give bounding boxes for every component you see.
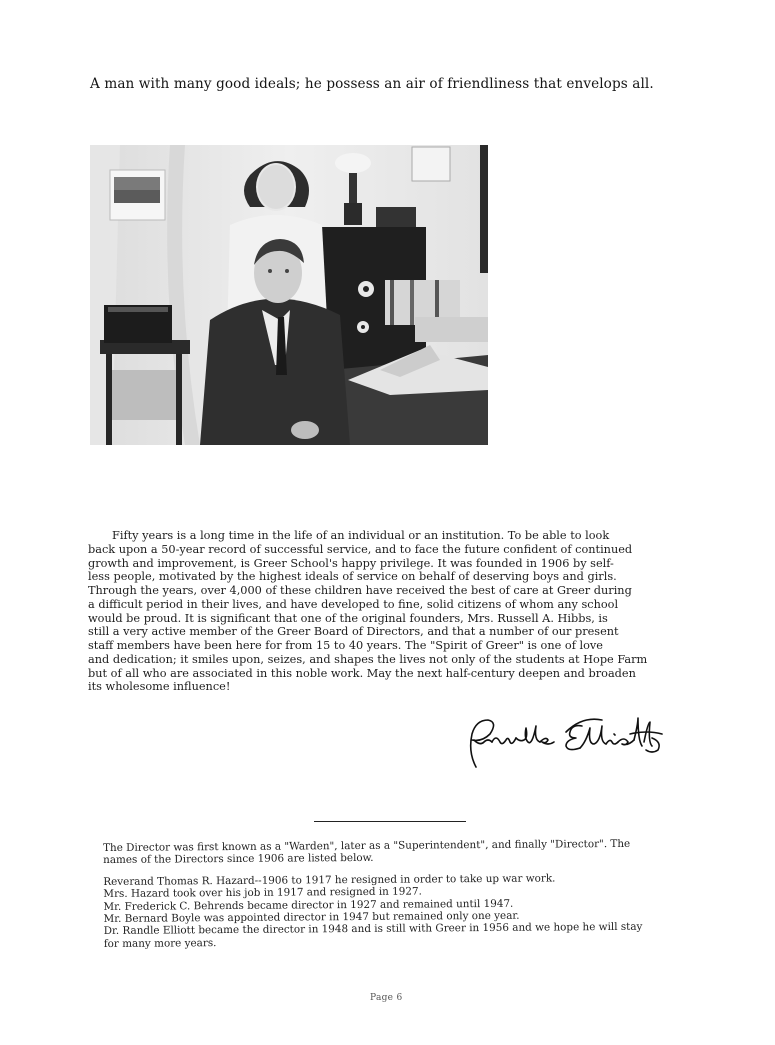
body-line: its wholesome influence! bbox=[88, 680, 703, 694]
body-paragraph: Fifty years is a long time in the life o… bbox=[88, 529, 703, 694]
photograph-image-icon bbox=[90, 145, 488, 445]
body-line: less people, motivated by the highest id… bbox=[88, 570, 703, 584]
photograph bbox=[90, 145, 488, 445]
body-line: but of all who are associated in this no… bbox=[88, 667, 703, 681]
body-line: growth and improvement, is Greer School'… bbox=[88, 557, 703, 571]
body-line: and dedication; it smiles upon, seizes, … bbox=[88, 653, 703, 667]
body-line: staff members have been here for from 15… bbox=[88, 639, 703, 653]
body-line: still a very active member of the Greer … bbox=[88, 625, 703, 639]
body-line: back upon a 50-year record of successful… bbox=[88, 543, 703, 557]
page-number: Page 6 bbox=[370, 993, 403, 1003]
body-line: Through the years, over 4,000 of these c… bbox=[88, 584, 703, 598]
section-divider bbox=[314, 821, 466, 822]
signature bbox=[462, 712, 667, 772]
directors-notes: The Director was first known as a "Warde… bbox=[103, 837, 694, 950]
body-line: a difficult period in their lives, and h… bbox=[88, 598, 703, 612]
handwritten-signature-icon bbox=[462, 712, 667, 772]
body-line: Fifty years is a long time in the life o… bbox=[88, 529, 703, 543]
photo-caption: A man with many good ideals; he possess … bbox=[90, 76, 710, 92]
body-line: would be proud. It is significant that o… bbox=[88, 612, 703, 626]
